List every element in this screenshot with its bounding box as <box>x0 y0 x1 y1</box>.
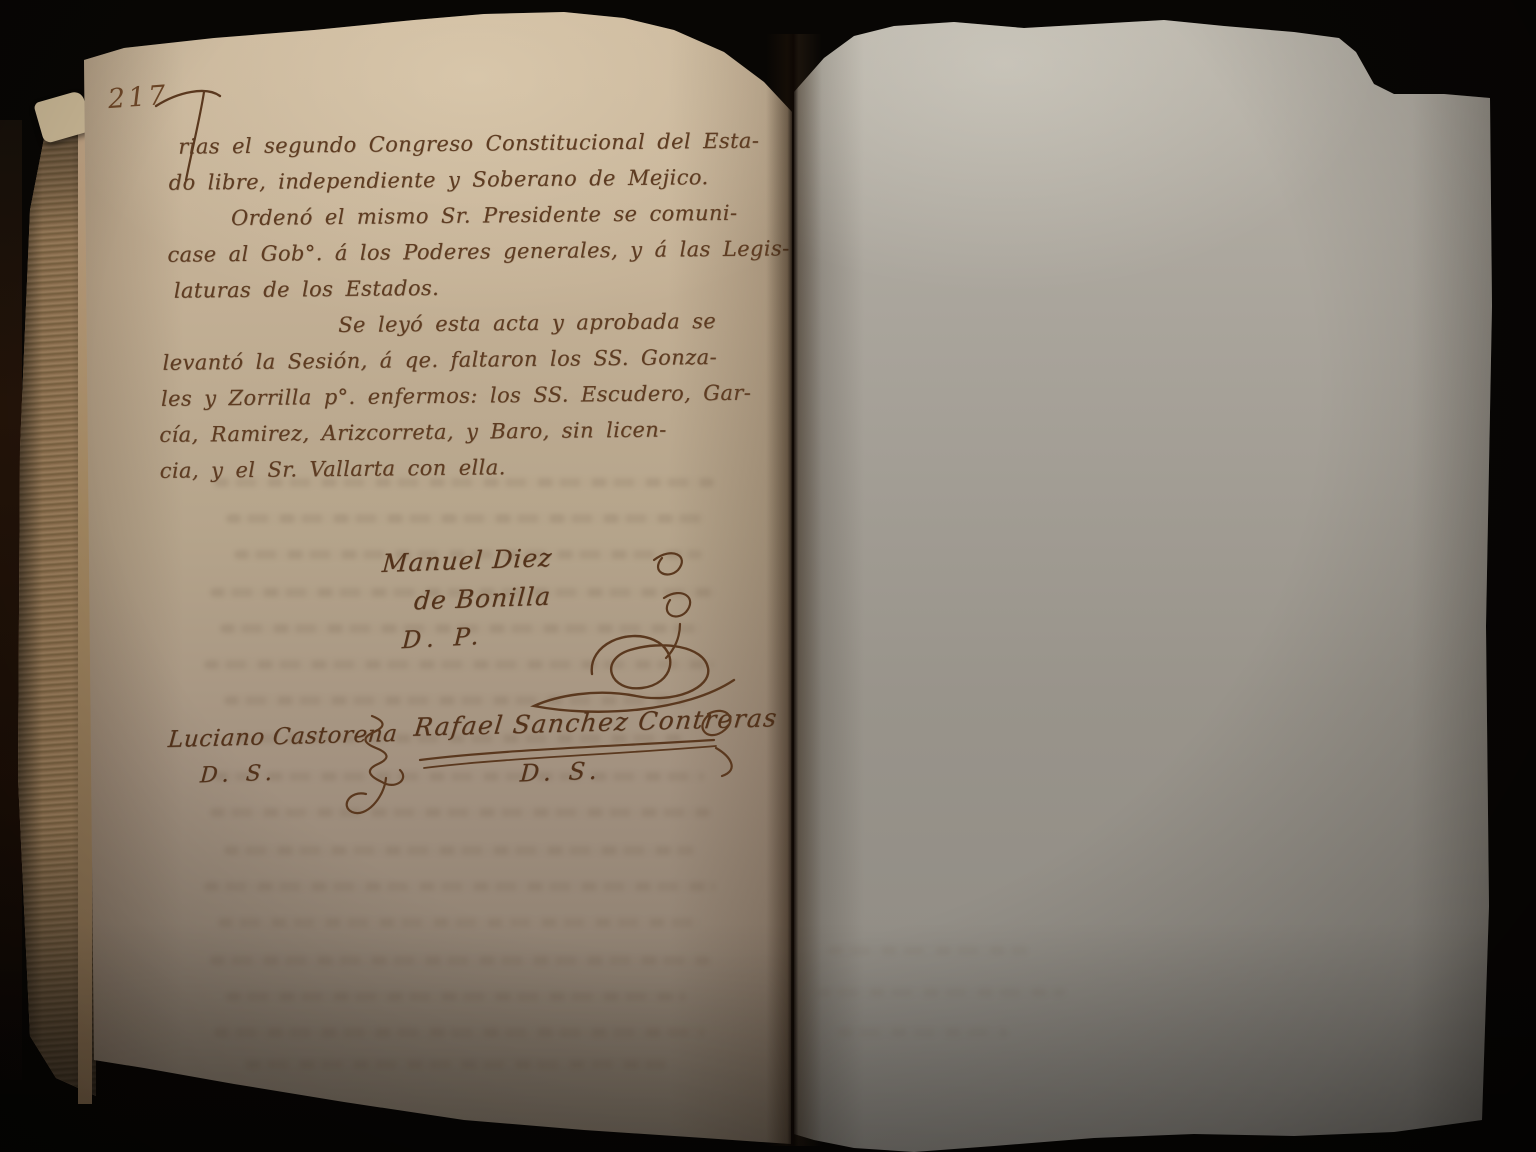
signature-rubric <box>408 696 748 806</box>
signature-secretary-left-title: D. S. <box>199 761 278 789</box>
manuscript-book-photo: 217 rias el segundo Congreso Constitucio… <box>0 0 1536 1152</box>
manuscript-line: rias el segundo Congreso Constitucional … <box>156 123 708 165</box>
signature-president-title: D. P. <box>401 622 485 654</box>
manuscript-line: laturas de los Estados. <box>158 267 710 309</box>
manuscript-line: Ordenó el mismo Sr. Presidente se comuni… <box>157 195 709 237</box>
bleed-through-line <box>204 882 716 891</box>
bleed-through-line <box>226 992 686 1001</box>
manuscript-line: do libre, independiente y Soberano de Me… <box>157 159 709 201</box>
left-page: 217 rias el segundo Congreso Constitucio… <box>84 8 796 1152</box>
manuscript-line: cia, y el Sr. Vallarta con ella. <box>160 447 712 489</box>
bleed-through-line <box>214 1028 704 1037</box>
manuscript-line: cía, Ramirez, Arizcorreta, y Baro, sin l… <box>159 411 711 453</box>
manuscript-line: les y Zorrilla p°. enfermos: los SS. Esc… <box>159 375 711 417</box>
manuscript-line: levantó la Sesión, á qe. faltaron los SS… <box>158 339 710 381</box>
bleed-through-line <box>218 918 700 927</box>
signature-rubric <box>496 528 746 718</box>
manuscript-line: Se leyó esta acta y aprobada se <box>158 303 710 345</box>
book-spine-board <box>0 120 22 1080</box>
bleed-through-line <box>246 1060 666 1069</box>
right-page-blank <box>794 6 1496 1152</box>
bleed-through-line <box>210 808 710 817</box>
bleed-through-line <box>828 946 1028 955</box>
bleed-through-line <box>210 956 710 965</box>
gutter-shadow <box>766 34 822 1146</box>
manuscript-line: case al Gob°. á los Poderes generales, y… <box>157 231 709 273</box>
bleed-through-line <box>224 846 694 855</box>
signature-rubric <box>328 708 418 828</box>
bleed-through-line <box>226 514 704 523</box>
bleed-through-line <box>838 1028 1008 1037</box>
bleed-through-line <box>816 988 1066 997</box>
manuscript-text-block: rias el segundo Congreso Constitucional … <box>156 123 712 489</box>
